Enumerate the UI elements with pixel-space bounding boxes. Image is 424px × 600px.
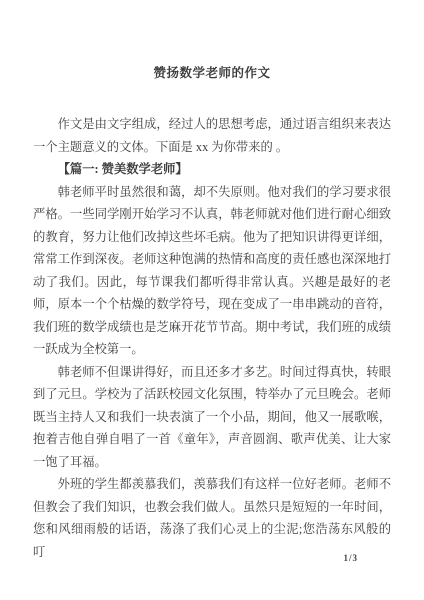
document-body: 作文是由文字组成，经过人的思想考虑，通过语言组织来表达一个主题意义的文体。下面是… [33, 113, 391, 563]
document-page: 赞扬数学老师的作文 作文是由文字组成，经过人的思想考虑，通过语言组织来表达一个主… [0, 0, 424, 600]
section-heading: 【篇一: 赞美数学老师】 [33, 158, 391, 181]
intro-paragraph: 作文是由文字组成，经过人的思想考虑，通过语言组织来表达一个主题意义的文体。下面是… [33, 113, 391, 158]
body-paragraph-1: 韩老师平时虽然很和蔼，却不失原则。他对我们的学习要求很严格。一些同学刚开始学习不… [33, 181, 391, 361]
body-paragraph-3: 外班的学生都羡慕我们，羡慕我们有这样一位好老师。老师不但教会了我们知识，也教会我… [33, 473, 391, 563]
body-paragraph-2: 韩老师不但课讲得好，而且还多才多艺。时间过得真快，转眼到了元旦。学校为了活跃校园… [33, 361, 391, 474]
document-title: 赞扬数学老师的作文 [0, 63, 424, 81]
page-indicator: 1/3 [343, 553, 358, 563]
